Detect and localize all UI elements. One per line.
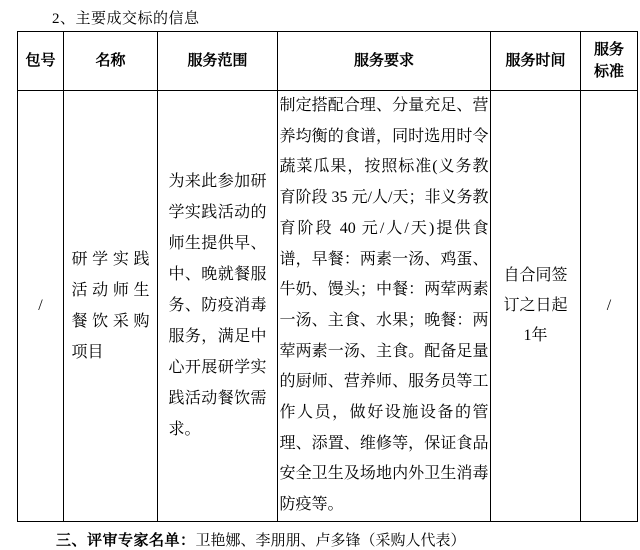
cell-service-scope-text: 为来此参加研学实践活动的师生提供早、中、晚就餐服务、防疫消毒服务，满足中心开展研… <box>169 166 267 445</box>
table-row: / 研学实践活动师生餐饮采购项目 为来此参加研学实践活动的师生提供早、中、晚就餐… <box>18 91 638 522</box>
cell-service-scope: 为来此参加研学实践活动的师生提供早、中、晚就餐服务、防疫消毒服务，满足中心开展研… <box>158 91 278 522</box>
col-header-name: 名称 <box>64 32 158 91</box>
cell-service-requirements-text: 制定搭配合理、分量充足、营养均衡的食谱，同时选用时令蔬菜瓜果，按照标准(义务教育… <box>280 91 489 521</box>
col-header-service-scope: 服务范围 <box>158 32 278 91</box>
cell-package-no: / <box>18 91 64 522</box>
cell-name-text: 研学实践活动师生餐饮采购项目 <box>72 244 150 368</box>
cell-service-standard: / <box>581 91 638 522</box>
expert-list-label: 三、评审专家名单： <box>56 533 196 549</box>
cell-service-time: 自合同签订之日起1年 <box>491 91 581 522</box>
expert-list-line: 三、评审专家名单：卫艳娜、李朋朋、卢多锋（采购人代表） <box>0 522 640 550</box>
table-header-row: 包号 名称 服务范围 服务要求 服务时间 服务标准 <box>18 32 638 91</box>
expert-list-names: 卫艳娜、李朋朋、卢多锋（采购人代表） <box>196 533 466 549</box>
cell-service-time-text: 自合同签订之日起1年 <box>503 261 569 351</box>
col-header-service-time: 服务时间 <box>491 32 581 91</box>
cell-service-requirements: 制定搭配合理、分量充足、营养均衡的食谱，同时选用时令蔬菜瓜果，按照标准(义务教育… <box>278 91 491 522</box>
cell-name: 研学实践活动师生餐饮采购项目 <box>64 91 158 522</box>
col-header-service-standard-text: 服务标准 <box>593 39 625 83</box>
transaction-info-table: 包号 名称 服务范围 服务要求 服务时间 服务标准 / 研学实践活动师生餐饮采购… <box>17 31 638 522</box>
col-header-package-no: 包号 <box>18 32 64 91</box>
document-page: 2、主要成交标的信息 包号 名称 服务范围 服务要求 服务时间 服务标准 <box>0 0 640 550</box>
section-title: 2、主要成交标的信息 <box>0 0 640 29</box>
col-header-service-standard: 服务标准 <box>581 32 638 91</box>
col-header-service-requirements: 服务要求 <box>278 32 491 91</box>
